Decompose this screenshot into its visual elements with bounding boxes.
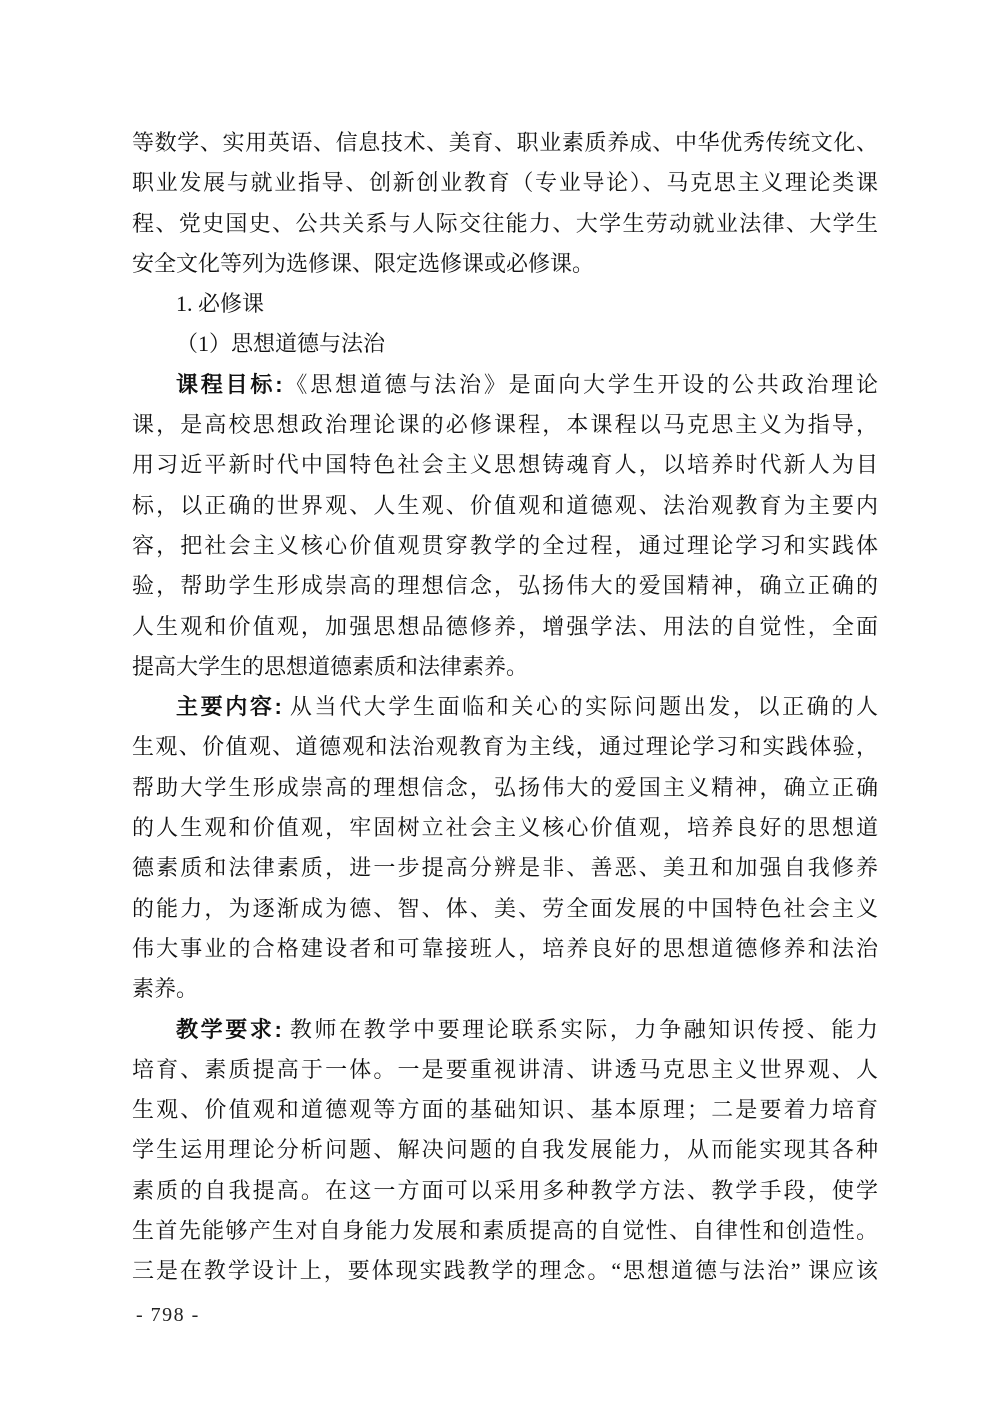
text-run: 人生观和价值观，加强思想品德修养，增强学法、用法的自觉性，全面 xyxy=(132,614,878,639)
text-run: 容，把社会主义核心价值观贯穿教学的全过程，通过理论学习和实践体 xyxy=(132,533,878,558)
text-run: 帮助大学生形成崇高的理想信念，弘扬伟大的爱国主义精神，确立正确 xyxy=(132,775,878,800)
text-line: 标，以正确的世界观、人生观、价值观和道德观、法治观教育为主要内 xyxy=(132,486,878,526)
text-run: 用习近平新时代中国特色社会主义思想铸魂育人，以培养时代新人为目 xyxy=(132,452,878,477)
text-run: 《思想道德与法治》是面向大学生开设的公共政治理论 xyxy=(283,372,878,397)
text-run: 提高大学生的思想道德素质和法律素养。 xyxy=(132,654,528,679)
lead-label: 课程目标: xyxy=(176,372,283,397)
text-run: 德素质和法律素质，进一步提高分辨是非、善恶、美丑和加强自我修养 xyxy=(132,855,878,880)
text-line: 等数学、实用英语、信息技术、美育、职业素质养成、中华优秀传统文化、 xyxy=(132,123,878,163)
text-line: 程、党史国史、公共关系与人际交往能力、大学生劳动就业法律、大学生 xyxy=(132,204,878,244)
text-line: 德素质和法律素质，进一步提高分辨是非、善恶、美丑和加强自我修养 xyxy=(132,848,878,888)
text-line: 生观、价值观和道德观等方面的基础知识、基本原理；二是要着力培育 xyxy=(132,1090,878,1130)
text-run: 从当代大学生面临和关心的实际问题出发，以正确的人 xyxy=(282,694,878,719)
text-run: 标，以正确的世界观、人生观、价值观和道德观、法治观教育为主要内 xyxy=(132,493,878,518)
text-line: 提高大学生的思想道德素质和法律素养。 xyxy=(132,647,878,687)
text-run: 程、党史国史、公共关系与人际交往能力、大学生劳动就业法律、大学生 xyxy=(132,211,878,236)
text-line: 主要内容: 从当代大学生面临和关心的实际问题出发，以正确的人 xyxy=(132,687,878,727)
document-page: 等数学、实用英语、信息技术、美育、职业素质养成、中华优秀传统文化、职业发展与就业… xyxy=(0,0,1000,1414)
text-line: 的能力，为逐渐成为德、智、体、美、劳全面发展的中国特色社会主义 xyxy=(132,889,878,929)
text-line: 学生运用理论分析问题、解决问题的自我发展能力，从而能实现其各种 xyxy=(132,1130,878,1170)
text-run: 生首先能够产生对自身能力发展和素质提高的自觉性、自律性和创造性。 xyxy=(132,1218,878,1243)
text-line: 验，帮助学生形成崇高的理想信念，弘扬伟大的爱国精神，确立正确的 xyxy=(132,566,878,606)
text-run: 培育、素质提高于一体。一是要重视讲清、讲透马克思主义世界观、人 xyxy=(132,1057,878,1082)
text-run: 素质的自我提高。在这一方面可以采用多种教学方法、教学手段，使学 xyxy=(132,1178,878,1203)
text-line: 容，把社会主义核心价值观贯穿教学的全过程，通过理论学习和实践体 xyxy=(132,526,878,566)
text-line: 的人生观和价值观，牢固树立社会主义核心价值观，培养良好的思想道 xyxy=(132,808,878,848)
text-run: 的人生观和价值观，牢固树立社会主义核心价值观，培养良好的思想道 xyxy=(132,815,878,840)
text-line: （1）思想道德与法治 xyxy=(132,324,878,364)
text-run: 1. 必修课 xyxy=(176,291,264,316)
text-line: 职业发展与就业指导、创新创业教育（专业导论）、马克思主义理论类课 xyxy=(132,163,878,203)
text-line: 课程目标:《思想道德与法治》是面向大学生开设的公共政治理论 xyxy=(132,365,878,405)
page-number: - 798 - xyxy=(136,1301,200,1329)
text-run: 的能力，为逐渐成为德、智、体、美、劳全面发展的中国特色社会主义 xyxy=(132,896,878,921)
text-line: 素质的自我提高。在这一方面可以采用多种教学方法、教学手段，使学 xyxy=(132,1171,878,1211)
text-line: 用习近平新时代中国特色社会主义思想铸魂育人，以培养时代新人为目 xyxy=(132,445,878,485)
text-line: 培育、素质提高于一体。一是要重视讲清、讲透马克思主义世界观、人 xyxy=(132,1050,878,1090)
text-line: 安全文化等列为选修课、限定选修课或必修课。 xyxy=(132,244,878,284)
text-line: 三是在教学设计上，要体现实践教学的理念。“思想道德与法治” 课应该 xyxy=(132,1251,878,1291)
text-line: 教学要求: 教师在教学中要理论联系实际，力争融知识传授、能力 xyxy=(132,1010,878,1050)
text-line: 伟大事业的合格建设者和可靠接班人，培养良好的思想道德修养和法治 xyxy=(132,929,878,969)
text-run: 验，帮助学生形成崇高的理想信念，弘扬伟大的爱国精神，确立正确的 xyxy=(132,573,878,598)
text-run: 生观、价值观、道德观和法治观教育为主线，通过理论学习和实践体验， xyxy=(132,734,878,759)
text-run: 课，是高校思想政治理论课的必修课程，本课程以马克思主义为指导， xyxy=(132,412,878,437)
lead-label: 主要内容: xyxy=(176,694,282,719)
text-line: 帮助大学生形成崇高的理想信念，弘扬伟大的爱国主义精神，确立正确 xyxy=(132,768,878,808)
text-line: 素养。 xyxy=(132,969,878,1009)
text-run: 学生运用理论分析问题、解决问题的自我发展能力，从而能实现其各种 xyxy=(132,1137,878,1162)
document-body: 等数学、实用英语、信息技术、美育、职业素质养成、中华优秀传统文化、职业发展与就业… xyxy=(132,123,878,1292)
text-line: 生首先能够产生对自身能力发展和素质提高的自觉性、自律性和创造性。 xyxy=(132,1211,878,1251)
text-line: 人生观和价值观，加强思想品德修养，增强学法、用法的自觉性，全面 xyxy=(132,607,878,647)
text-run: 伟大事业的合格建设者和可靠接班人，培养良好的思想道德修养和法治 xyxy=(132,936,878,961)
text-line: 1. 必修课 xyxy=(132,284,878,324)
text-line: 生观、价值观、道德观和法治观教育为主线，通过理论学习和实践体验， xyxy=(132,727,878,767)
text-run: 安全文化等列为选修课、限定选修课或必修课。 xyxy=(132,251,594,276)
text-run: 职业发展与就业指导、创新创业教育（专业导论）、马克思主义理论类课 xyxy=(132,170,878,195)
text-run: 素养。 xyxy=(132,976,198,1001)
text-line: 课，是高校思想政治理论课的必修课程，本课程以马克思主义为指导， xyxy=(132,405,878,445)
lead-label: 教学要求: xyxy=(176,1017,282,1042)
text-run: 教师在教学中要理论联系实际，力争融知识传授、能力 xyxy=(282,1017,878,1042)
text-run: 生观、价值观和道德观等方面的基础知识、基本原理；二是要着力培育 xyxy=(132,1097,878,1122)
text-run: （1）思想道德与法治 xyxy=(176,331,385,356)
text-run: 三是在教学设计上，要体现实践教学的理念。“思想道德与法治” 课应该 xyxy=(132,1258,878,1283)
text-run: 等数学、实用英语、信息技术、美育、职业素质养成、中华优秀传统文化、 xyxy=(132,130,878,155)
